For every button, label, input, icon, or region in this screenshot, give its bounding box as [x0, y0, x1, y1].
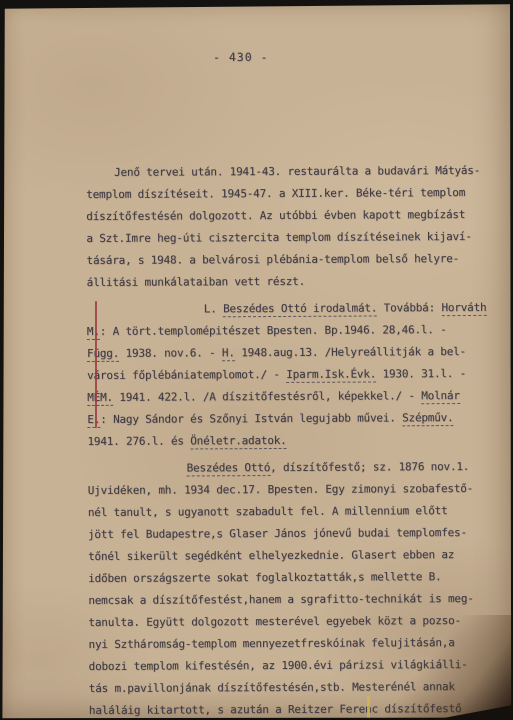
underlined-text: Iparm.Isk.Évk.: [286, 367, 376, 382]
red-margin-annotation-line: [95, 301, 97, 428]
text-line: M.: A tört.templomépitészet Bpesten. Bp.…: [87, 319, 491, 343]
underlined-text: Molnár: [421, 389, 460, 404]
underlined-text: Horváth: [441, 301, 486, 316]
underlined-text: M.: [87, 325, 100, 340]
text-segment: tőnél sikerült segédként elhelyezkednie.…: [88, 548, 454, 563]
text-segment: : A tört.templomépitészet Bpesten. Bp.19…: [100, 323, 447, 338]
underlined-text: Beszédes Ottó: [187, 461, 271, 476]
text-segment: L.: [204, 302, 223, 315]
text-line: templom díszítéseit. 1945-47. a XIII.ker…: [86, 182, 490, 206]
text-line: tőnél sikerült segédként elhelyezkednie.…: [88, 544, 492, 568]
underlined-text: Szépműv.: [402, 411, 453, 426]
text-line: E.: Nagy Sándor és Szőnyi István legujab…: [87, 407, 491, 431]
text-segment: díszítőfestésén dolgozott. Az utóbbi évb…: [86, 208, 465, 223]
text-line: városi főplébániatemplomot./ - Iparm.Isk…: [87, 363, 491, 387]
text-segment: 1938. nov.6. -: [119, 346, 222, 360]
text-segment: templom díszítéseit. 1945-47. a XIII.ker…: [86, 186, 465, 201]
scan-edge-top: [0, 0, 513, 10]
text-segment: a Szt.Imre heg-úti cisztercita templom d…: [86, 230, 471, 245]
text-segment: Ujvidéken, mh. 1934 dec.17. Bpesten. Egy…: [88, 482, 473, 497]
text-segment: nemcsak a díszítőfestést,hanem a sgrafit…: [88, 592, 473, 607]
text-segment: jött fel Budapestre,s Glaser János jónev…: [88, 526, 467, 541]
text-segment: 1941. 276.l. és: [87, 434, 190, 448]
underlined-text: H.: [222, 346, 235, 361]
text-line: nél tanult, s ugyanott szabadult fel. A …: [88, 500, 492, 524]
text-line: tására, s 1948. a belvárosi plébánia-tem…: [86, 248, 490, 272]
underlined-text: Önéletr.adatok.: [190, 434, 286, 450]
text-segment: nél tanult, s ugyanott szabadult fel. A …: [88, 504, 448, 519]
text-segment: : Nagy Sándor és Szőnyi István legujabb …: [100, 411, 402, 426]
text-line: Függ. 1938. nov.6. - H. 1948.aug.13. /He…: [87, 341, 491, 365]
text-line: Jenő tervei után. 1941-43. restaurálta a…: [86, 160, 490, 184]
underlined-text: Beszédes Ottó irodalmát.: [223, 301, 377, 317]
text-segment: 1930. 31.l. -: [376, 367, 466, 380]
text-line: L. Beszédes Ottó irodalmát. Továbbá: Hor…: [87, 297, 491, 321]
paragraph: Jenő tervei után. 1941-43. restaurálta a…: [86, 160, 491, 294]
text-segment: Továbbá:: [377, 301, 441, 314]
text-line: jött fel Budapestre,s Glaser János jónev…: [88, 522, 492, 546]
underlined-text: E.: [87, 413, 100, 428]
text-segment: , díszítőfestő; sz. 1876 nov.1.: [270, 460, 469, 474]
scan-edge-left: [0, 0, 6, 720]
underlined-text: MÉM.: [87, 391, 113, 406]
text-segment: állitási munkálataiban vett részt.: [87, 275, 305, 289]
text-segment: Jenő tervei után. 1941-43. restaurálta a…: [114, 164, 480, 179]
text-line: 1941. 276.l. és Önéletr.adatok.: [87, 429, 491, 453]
text-line: Beszédes Ottó, díszítőfestő; sz. 1876 no…: [88, 456, 492, 480]
corner-fold: [433, 705, 513, 720]
paragraph: L. Beszédes Ottó irodalmát. Továbbá: Hor…: [87, 297, 492, 453]
page-number: - 430 -: [213, 50, 268, 64]
text-line: állitási munkálataiban vett részt.: [87, 270, 491, 294]
text-line: a Szt.Imre heg-úti cisztercita templom d…: [86, 226, 490, 250]
text-segment: 1948.aug.13. /Helyreállitják a bel-: [235, 345, 466, 359]
scan-edge-right: [509, 0, 513, 720]
underlined-text: Függ.: [87, 347, 119, 362]
text-segment: időben országszerte sokat foglalkoztattá…: [88, 570, 441, 585]
text-line: MÉM. 1941. 422.l. /A díszitőfestésről, k…: [87, 385, 491, 409]
text-line: nemcsak a díszítőfestést,hanem a sgrafit…: [88, 588, 492, 612]
text-segment: tására, s 1948. a belvárosi plébánia-tem…: [86, 252, 459, 267]
text-line: díszítőfestésén dolgozott. Az utóbbi évb…: [86, 204, 490, 228]
text-line: Ujvidéken, mh. 1934 dec.17. Bpesten. Egy…: [88, 478, 492, 502]
text-segment: 1941. 422.l. /A díszitőfestésről, képekk…: [113, 389, 421, 404]
text-segment: városi főplébániatemplomot./ -: [87, 368, 286, 382]
text-line: időben országszerte sokat foglalkoztattá…: [88, 566, 492, 590]
scanned-page: - 430 - Jenő tervei után. 1941-43. resta…: [0, 0, 513, 720]
